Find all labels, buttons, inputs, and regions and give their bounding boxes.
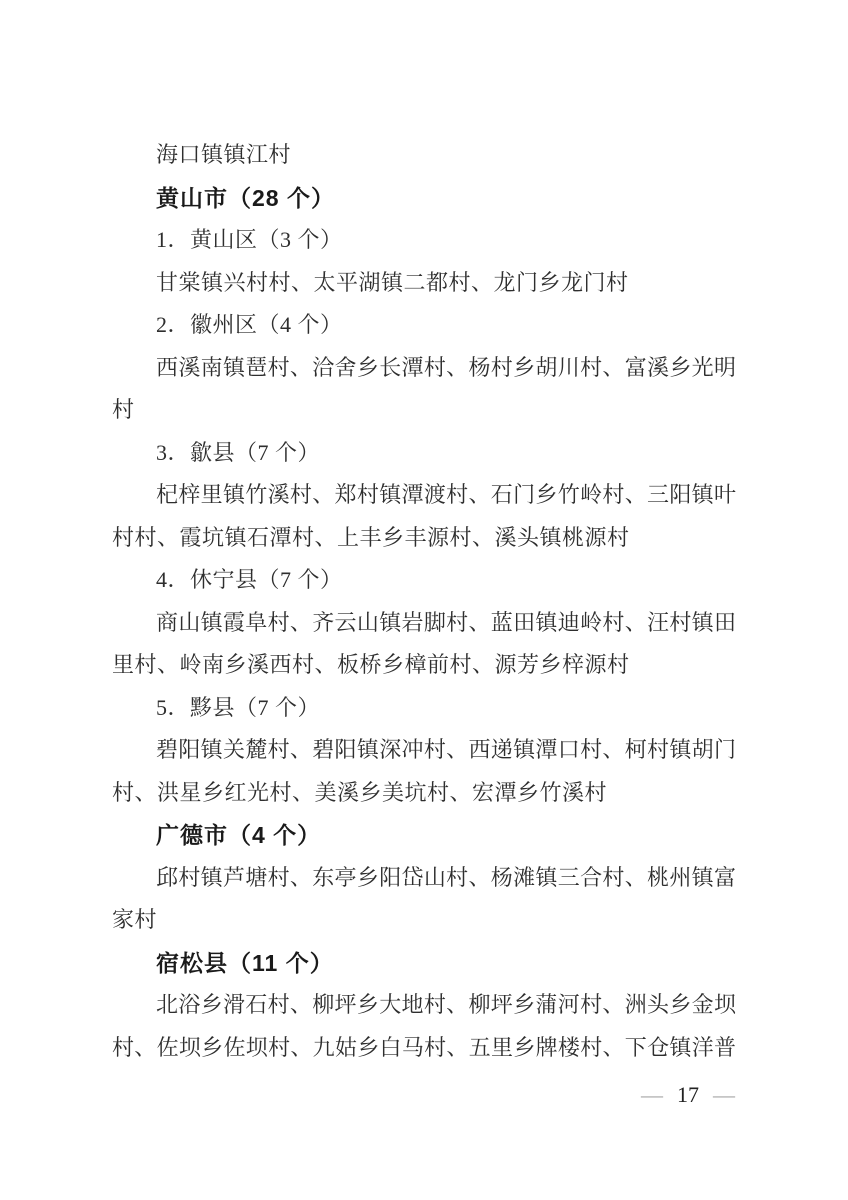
document-page: 海口镇镇江村黄山市（28 个）1．黄山区（3 个）甘棠镇兴村村、太平湖镇二都村、… bbox=[0, 0, 848, 1200]
document-line: 海口镇镇江村 bbox=[112, 134, 736, 177]
document-body: 海口镇镇江村黄山市（28 个）1．黄山区（3 个）甘棠镇兴村村、太平湖镇二都村、… bbox=[112, 134, 736, 1069]
footer-dash-right: — bbox=[713, 1082, 735, 1107]
document-line: 西溪南镇琶村、洽舍乡长潭村、杨村乡胡川村、富溪乡光明 bbox=[112, 347, 736, 390]
document-line: 村、佐坝乡佐坝村、九姑乡白马村、五里乡牌楼村、下仓镇洋普 bbox=[112, 1027, 736, 1070]
document-line: 里村、岭南乡溪西村、板桥乡樟前村、源芳乡梓源村 bbox=[112, 644, 736, 687]
document-line: 5．黟县（7 个） bbox=[112, 687, 736, 730]
footer-dash-left: — bbox=[641, 1082, 663, 1107]
section-heading: 广德市（4 个） bbox=[112, 814, 736, 857]
document-line: 1．黄山区（3 个） bbox=[112, 219, 736, 262]
document-line: 3．歙县（7 个） bbox=[112, 432, 736, 475]
page-number: 17 bbox=[677, 1082, 699, 1107]
document-line: 村、洪星乡红光村、美溪乡美坑村、宏潭乡竹溪村 bbox=[112, 772, 736, 815]
document-line: 邱村镇芦塘村、东亭乡阳岱山村、杨滩镇三合村、桃州镇富 bbox=[112, 857, 736, 900]
document-line: 村村、霞坑镇石潭村、上丰乡丰源村、溪头镇桃源村 bbox=[112, 517, 736, 560]
document-line: 杞梓里镇竹溪村、郑村镇潭渡村、石门乡竹岭村、三阳镇叶 bbox=[112, 474, 736, 517]
page-footer: —17— bbox=[641, 1080, 735, 1110]
document-line: 商山镇霞阜村、齐云山镇岩脚村、蓝田镇迪岭村、汪村镇田 bbox=[112, 602, 736, 645]
document-line: 北浴乡滑石村、柳坪乡大地村、柳坪乡蒲河村、洲头乡金坝 bbox=[112, 984, 736, 1027]
document-line: 甘棠镇兴村村、太平湖镇二都村、龙门乡龙门村 bbox=[112, 262, 736, 305]
document-line: 村 bbox=[112, 389, 736, 432]
section-heading: 宿松县（11 个） bbox=[112, 942, 736, 985]
document-line: 家村 bbox=[112, 899, 736, 942]
section-heading: 黄山市（28 个） bbox=[112, 177, 736, 220]
document-line: 2．徽州区（4 个） bbox=[112, 304, 736, 347]
document-line: 碧阳镇关麓村、碧阳镇深冲村、西递镇潭口村、柯村镇胡门 bbox=[112, 729, 736, 772]
document-line: 4．休宁县（7 个） bbox=[112, 559, 736, 602]
